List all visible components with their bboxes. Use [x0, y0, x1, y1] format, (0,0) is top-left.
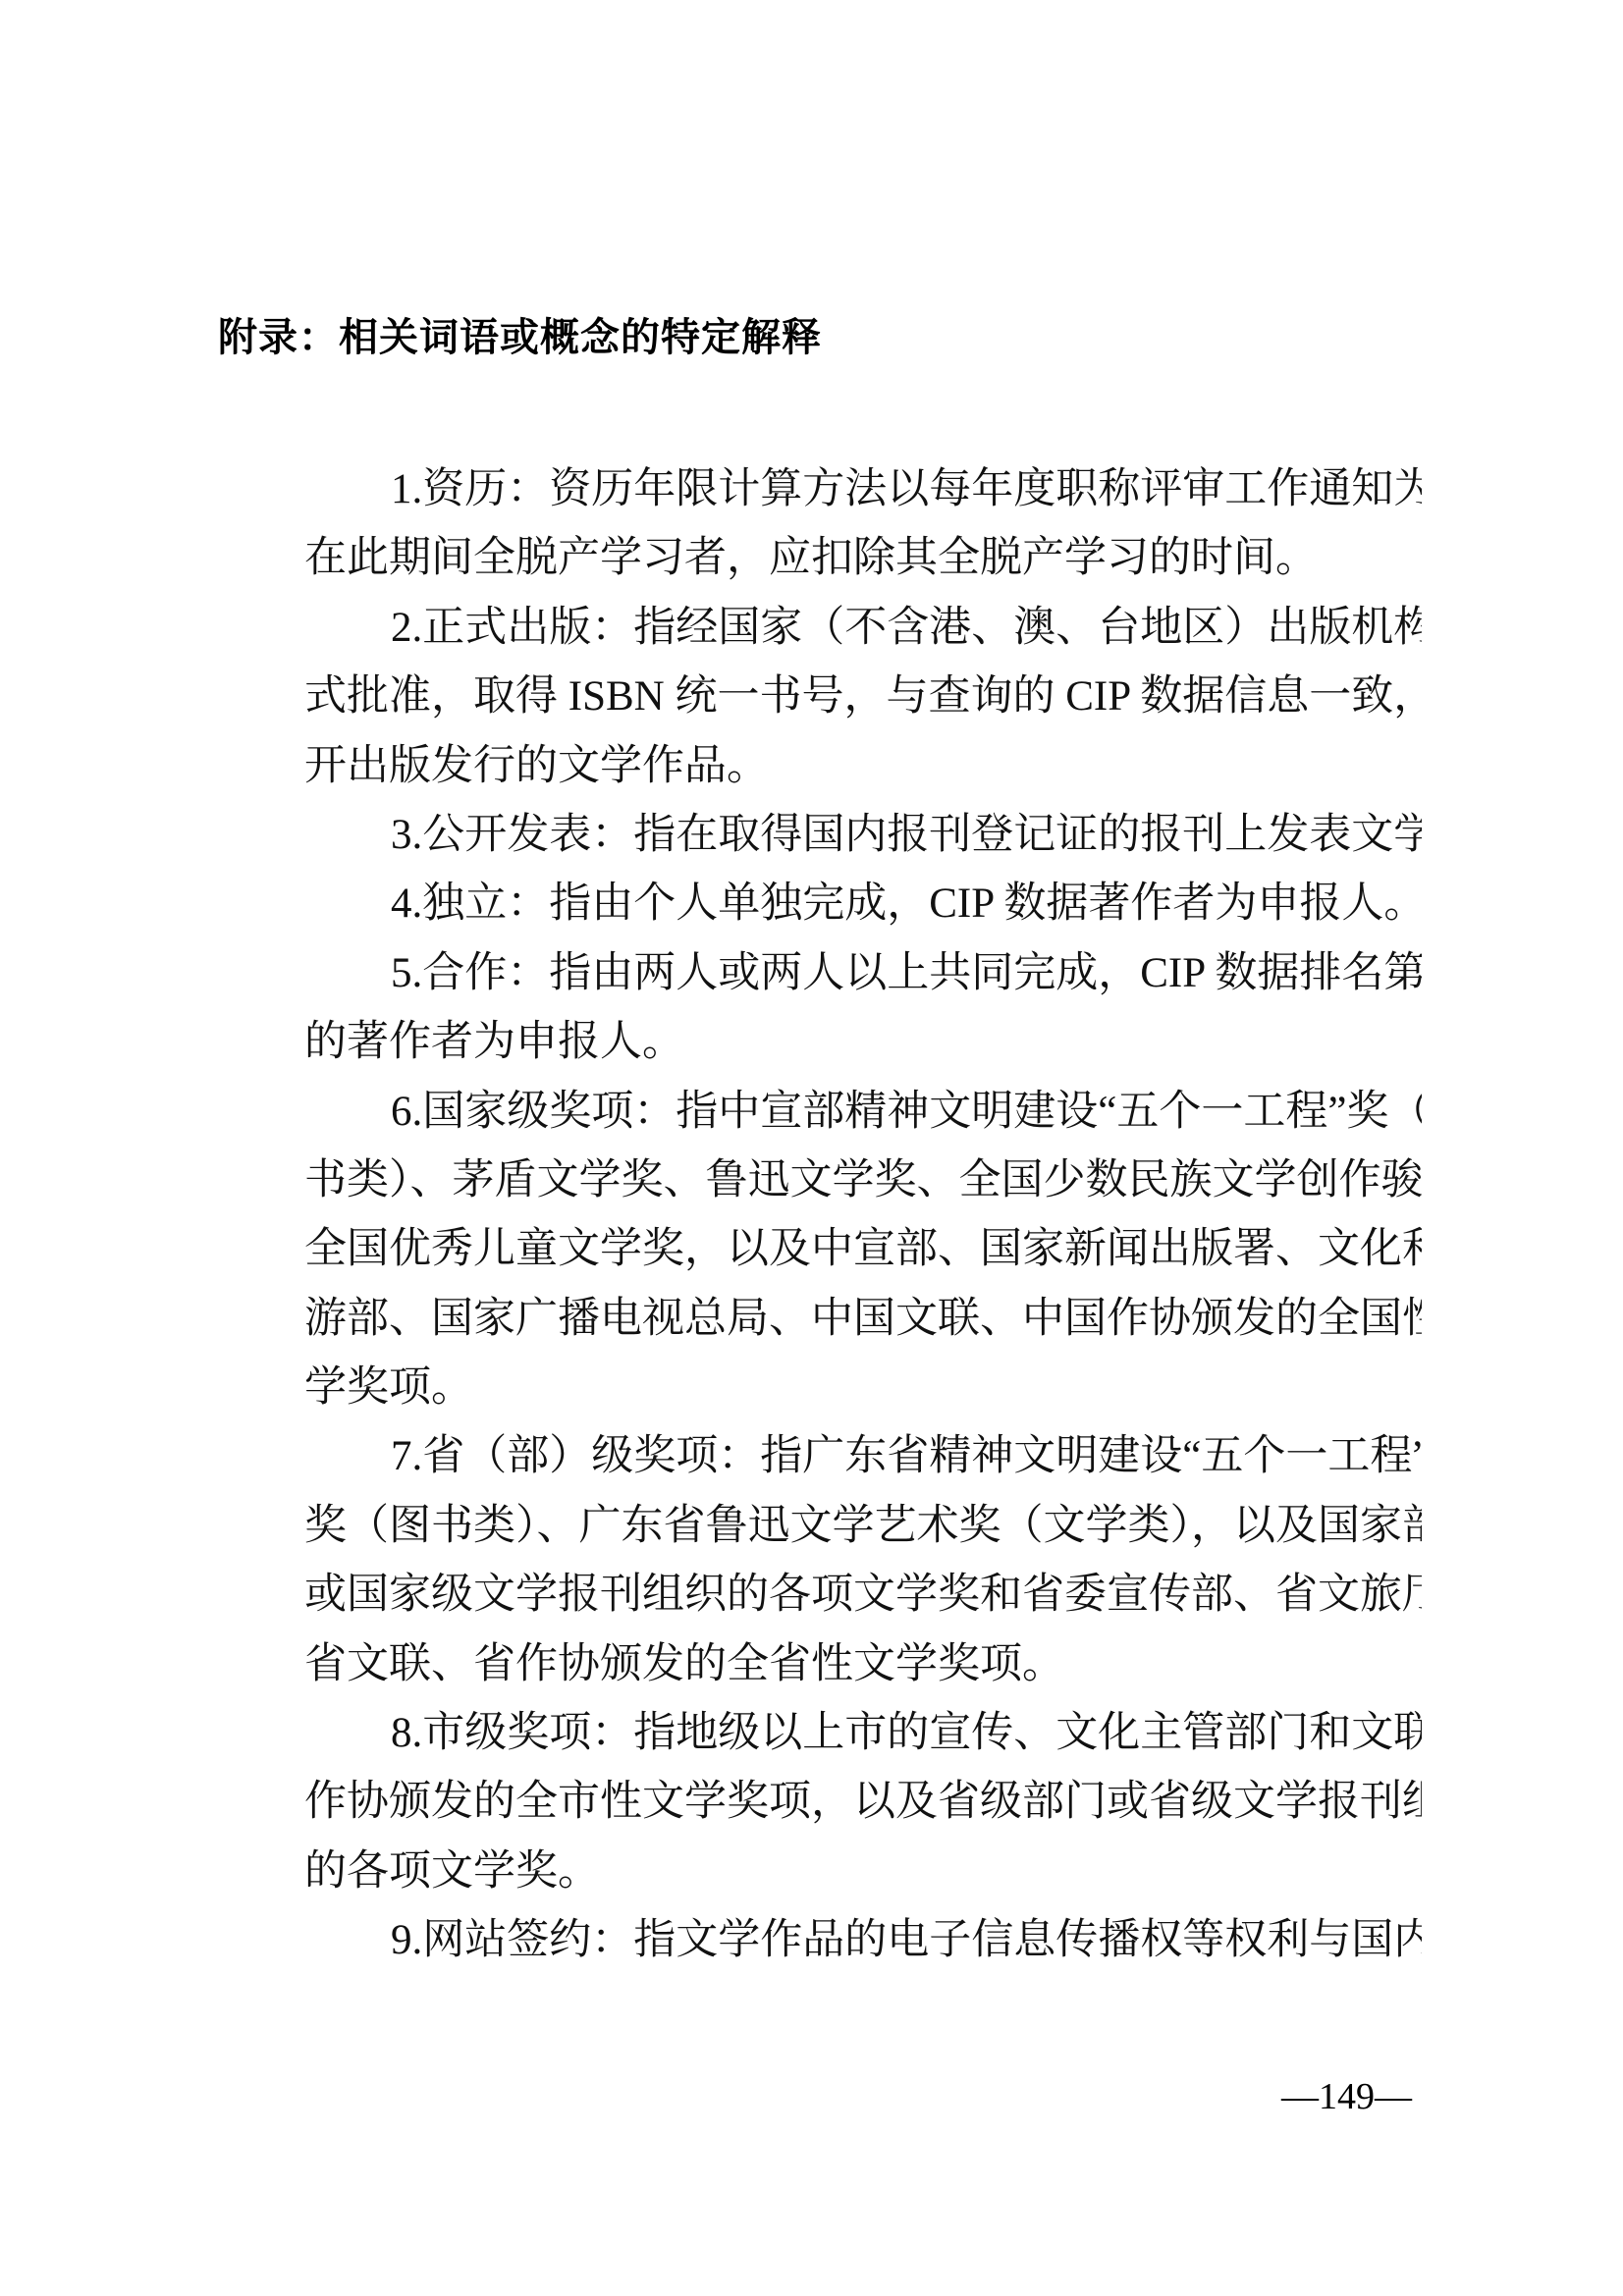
definition-item-website-contract: 9.网站签约：指文学作品的电子信息传播权等权利与国内具 — [218, 1906, 1422, 1975]
text-line: 游部、国家广播电视总局、中国文联、中国作协颁发的全国性文 — [218, 1285, 1422, 1354]
definition-item-national-awards: 6.国家级奖项：指中宣部精神文明建设“五个一工程”奖（图 书类）、茅盾文学奖、鲁… — [218, 1078, 1422, 1423]
text-line: 5.合作：指由两人或两人以上共同完成，CIP 数据排名第一 — [218, 939, 1422, 1008]
text-line: 的各项文学奖。 — [218, 1838, 1422, 1906]
text-line: 在此期间全脱产学习者，应扣除其全脱产学习的时间。 — [218, 524, 1422, 593]
text-line: 奖（图书类）、广东省鲁迅文学艺术奖（文学类），以及国家部门 — [218, 1492, 1422, 1561]
text-line: 1.资历：资历年限计算方法以每年度职称评审工作通知为准。 — [218, 455, 1422, 524]
definition-item-independent: 4.独立：指由个人单独完成，CIP 数据著作者为申报人。 — [218, 870, 1422, 938]
text-line: 书类）、茅盾文学奖、鲁迅文学奖、全国少数民族文学创作骏马奖、 — [218, 1147, 1422, 1215]
page-title: 附录：相关词语或概念的特定解释 — [218, 310, 822, 365]
document-page: 附录：相关词语或概念的特定解释 1.资历：资历年限计算方法以每年度职称评审工作通… — [0, 0, 1623, 2296]
definition-item-formal-publication: 2.正式出版：指经国家（不含港、澳、台地区）出版机构正 式批准，取得 ISBN … — [218, 594, 1422, 801]
text-line: 8.市级奖项：指地级以上市的宣传、文化主管部门和文联、 — [218, 1699, 1422, 1768]
definition-item-public-release: 3.公开发表：指在取得国内报刊登记证的报刊上发表文学作品。 — [218, 801, 1422, 870]
text-line: 全国优秀儿童文学奖，以及中宣部、国家新闻出版署、文化和旅 — [218, 1215, 1422, 1284]
definition-item-cooperation: 5.合作：指由两人或两人以上共同完成，CIP 数据排名第一 的著作者为申报人。 — [218, 939, 1422, 1078]
definition-item-provincial-awards: 7.省（部）级奖项：指广东省精神文明建设“五个一工程” 奖（图书类）、广东省鲁迅… — [218, 1422, 1422, 1699]
text-line: 开出版发行的文学作品。 — [218, 732, 1422, 801]
text-line: 7.省（部）级奖项：指广东省精神文明建设“五个一工程” — [218, 1422, 1422, 1491]
page-number: —149— — [1281, 2073, 1412, 2120]
text-line: 省文联、省作协颁发的全省性文学奖项。 — [218, 1630, 1422, 1699]
definition-item-qualification: 1.资历：资历年限计算方法以每年度职称评审工作通知为准。 在此期间全脱产学习者，… — [218, 455, 1422, 594]
text-line: 3.公开发表：指在取得国内报刊登记证的报刊上发表文学作品。 — [218, 801, 1422, 870]
text-line: 作协颁发的全市性文学奖项，以及省级部门或省级文学报刊组织 — [218, 1768, 1422, 1837]
text-line: 9.网站签约：指文学作品的电子信息传播权等权利与国内具 — [218, 1906, 1422, 1975]
text-line: 2.正式出版：指经国家（不含港、澳、台地区）出版机构正 — [218, 594, 1422, 663]
definitions-body: 1.资历：资历年限计算方法以每年度职称评审工作通知为准。 在此期间全脱产学习者，… — [218, 455, 1422, 1976]
text-line: 学奖项。 — [218, 1354, 1422, 1422]
text-line: 或国家级文学报刊组织的各项文学奖和省委宣传部、省文旅厅、 — [218, 1561, 1422, 1629]
text-line: 式批准，取得 ISBN 统一书号，与查询的 CIP 数据信息一致，公 — [218, 663, 1422, 731]
text-line: 6.国家级奖项：指中宣部精神文明建设“五个一工程”奖（图 — [218, 1078, 1422, 1147]
definition-item-municipal-awards: 8.市级奖项：指地级以上市的宣传、文化主管部门和文联、 作协颁发的全市性文学奖项… — [218, 1699, 1422, 1906]
text-line: 的著作者为申报人。 — [218, 1008, 1422, 1077]
text-line: 4.独立：指由个人单独完成，CIP 数据著作者为申报人。 — [218, 870, 1422, 938]
